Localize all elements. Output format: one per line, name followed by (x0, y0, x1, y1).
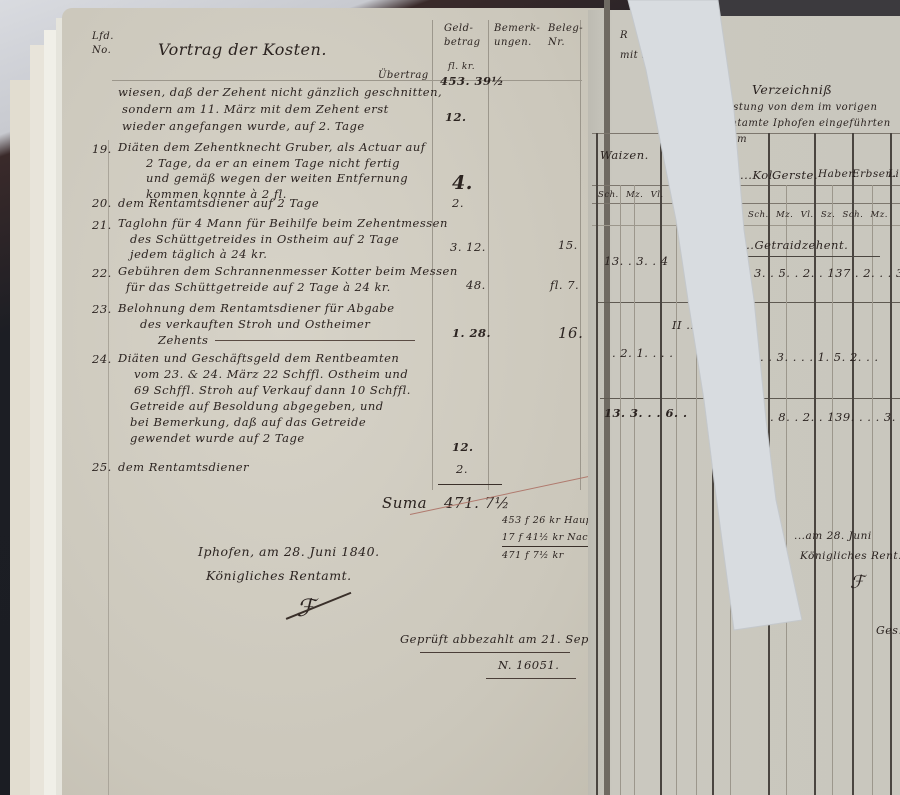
entry-amount: 2. (456, 462, 468, 476)
col-header-line: ungen. (494, 36, 540, 50)
text-line: bei Bemerkung, daß auf das Getreide (118, 414, 411, 430)
entry-text: Diäten und Geschäftsgeld dem Rentbeamten… (118, 350, 411, 446)
entry-amount: 2. (452, 196, 464, 210)
column-rule (580, 20, 581, 490)
text-line: jedem täglich à 24 kr. (118, 247, 448, 263)
text-line: wiesen, daß der Zehent nicht gänzlich ge… (118, 84, 442, 101)
col-header-line: betrag (444, 36, 480, 50)
text-line: vom 23. & 24. März 22 Schffl. Ostheim un… (118, 366, 411, 382)
text-line: Getreide auf Besoldung abgegeben, und (118, 398, 411, 414)
entry-amount: 1. 28. (452, 326, 491, 340)
table-col-rule (596, 133, 598, 795)
entry-beleg: 15. (558, 238, 578, 252)
sum-rule (438, 484, 502, 485)
entry-text: dem Rentamtsdiener (118, 460, 249, 474)
table-col-rule (620, 185, 621, 795)
col-header-line: Geld- (444, 22, 480, 36)
page-title: Vortrag der Kosten. (158, 40, 327, 59)
entry-text: dem Rentamtsdiener auf 2 Tage (118, 196, 319, 210)
right-footer-date: ...am 28. Juni (794, 530, 872, 542)
approval-ref: N. 16051. (498, 658, 559, 672)
col-header-line: Bemerk- (494, 22, 540, 36)
carry-units: fl. kr. (448, 62, 475, 72)
entry-number: 20. (92, 196, 112, 210)
entry-beleg: 16. (558, 324, 583, 342)
text-line: Diäten dem Zehentknecht Gruber, als Actu… (118, 140, 426, 156)
text-line: 69 Schffl. Stroh auf Verkauf dann 10 Sch… (118, 382, 411, 398)
entry-beleg: fl. 7. (550, 278, 579, 292)
col-header-geldbetrag: Geld- betrag (444, 22, 480, 50)
approval-ref-rule (486, 678, 576, 679)
text-line: sondern am 11. März mit dem Zehent erst (118, 101, 442, 118)
text-line: und gemäß wegen der weiten Entfernung (118, 171, 426, 187)
entry-text: Diäten dem Zehentknecht Gruber, als Actu… (118, 140, 426, 202)
col-header-beleg: Beleg- Nr. (548, 22, 583, 50)
entry-amount: 12. (452, 440, 474, 454)
text-line: Taglohn für 4 Mann für Beihilfe beim Zeh… (118, 216, 448, 232)
entry-number: 25. (92, 460, 112, 474)
col-header-nr: Lfd. No. (92, 30, 114, 58)
subcol-label: Sch. (843, 210, 864, 220)
right-footer-note: Ges... (876, 624, 900, 637)
subcol-label: Sch. (598, 190, 619, 200)
text-line: 2 Tage, da er an einem Tage nicht fertig (118, 156, 426, 172)
table-col-rule (814, 133, 816, 795)
col-header-linsen: Lin... (888, 168, 900, 180)
text-line: Diäten und Geschäftsgeld dem Rentbeamten (118, 350, 411, 366)
sum-value: 471. 7½ (444, 494, 510, 512)
right-footer-office: Königliches Rent... (800, 550, 900, 562)
entry-text: Gebühren dem Schrannenmesser Kotter beim… (118, 264, 458, 295)
header-rule (112, 80, 582, 81)
continuation-text: wiesen, daß der Zehent nicht gänzlich ge… (118, 84, 442, 135)
entry-amount: 48. (466, 278, 486, 292)
paper-bookmark-slip[interactable] (626, 0, 802, 632)
entry-number: 19. (92, 142, 112, 156)
text-line: gewendet wurde auf 2 Tage (118, 430, 411, 446)
col-header-line: Nr. (548, 36, 583, 50)
flourish-line (215, 340, 415, 341)
col-header-line: Beleg- (548, 22, 583, 36)
approval-rule (420, 652, 570, 653)
sum-label: Suma (382, 494, 427, 512)
subcol-label: Sz. (821, 210, 836, 220)
entry-amount: 3. 12. (450, 240, 486, 254)
place-date: Iphofen, am 28. Juni 1840. (198, 544, 380, 559)
col-header-nr-line: No. (92, 44, 114, 58)
entry-text: Taglohn für 4 Mann für Beihilfe beim Zeh… (118, 216, 448, 263)
table-col-rule (852, 133, 854, 795)
text-line: des verkauften Stroh und Ostheimer (118, 316, 395, 332)
text-line: Belohnung dem Rentamtsdiener für Abgabe (118, 300, 395, 316)
entry-number: 23. (92, 302, 112, 316)
carry-value: 453. 39½ (440, 74, 504, 88)
entry-number: 24. (92, 352, 112, 366)
subcol-label: Mz. (871, 210, 888, 220)
entry-number: 21. (92, 218, 112, 232)
text-line: Gebühren dem Schrannenmesser Kotter beim… (118, 264, 458, 280)
column-rule (488, 20, 489, 490)
col-header-haber: Haber. (818, 168, 857, 180)
subcol-label: Vl. (801, 210, 814, 220)
right-footer-signature: ℱ (850, 572, 865, 593)
bookmark-shape (626, 0, 802, 632)
issuing-office: Königliches Rentamt. (206, 568, 352, 583)
entry-amount: 4. (452, 172, 473, 194)
col-header-bemerkungen: Bemerk- ungen. (494, 22, 540, 50)
table-col-rule (890, 133, 892, 795)
entry-number: 22. (92, 266, 112, 280)
text-line: wieder angefangen wurde, auf 2. Tage (118, 118, 442, 135)
text-line: für das Schüttgetreide auf 2 Tage à 24 k… (118, 280, 458, 296)
text-line: des Schüttgetreides in Ostheim auf 2 Tag… (118, 232, 448, 248)
col-header-nr-line: Lfd. (92, 30, 114, 44)
continuation-amount: 12. (445, 110, 467, 124)
carry-label: Übertrag (378, 70, 429, 81)
